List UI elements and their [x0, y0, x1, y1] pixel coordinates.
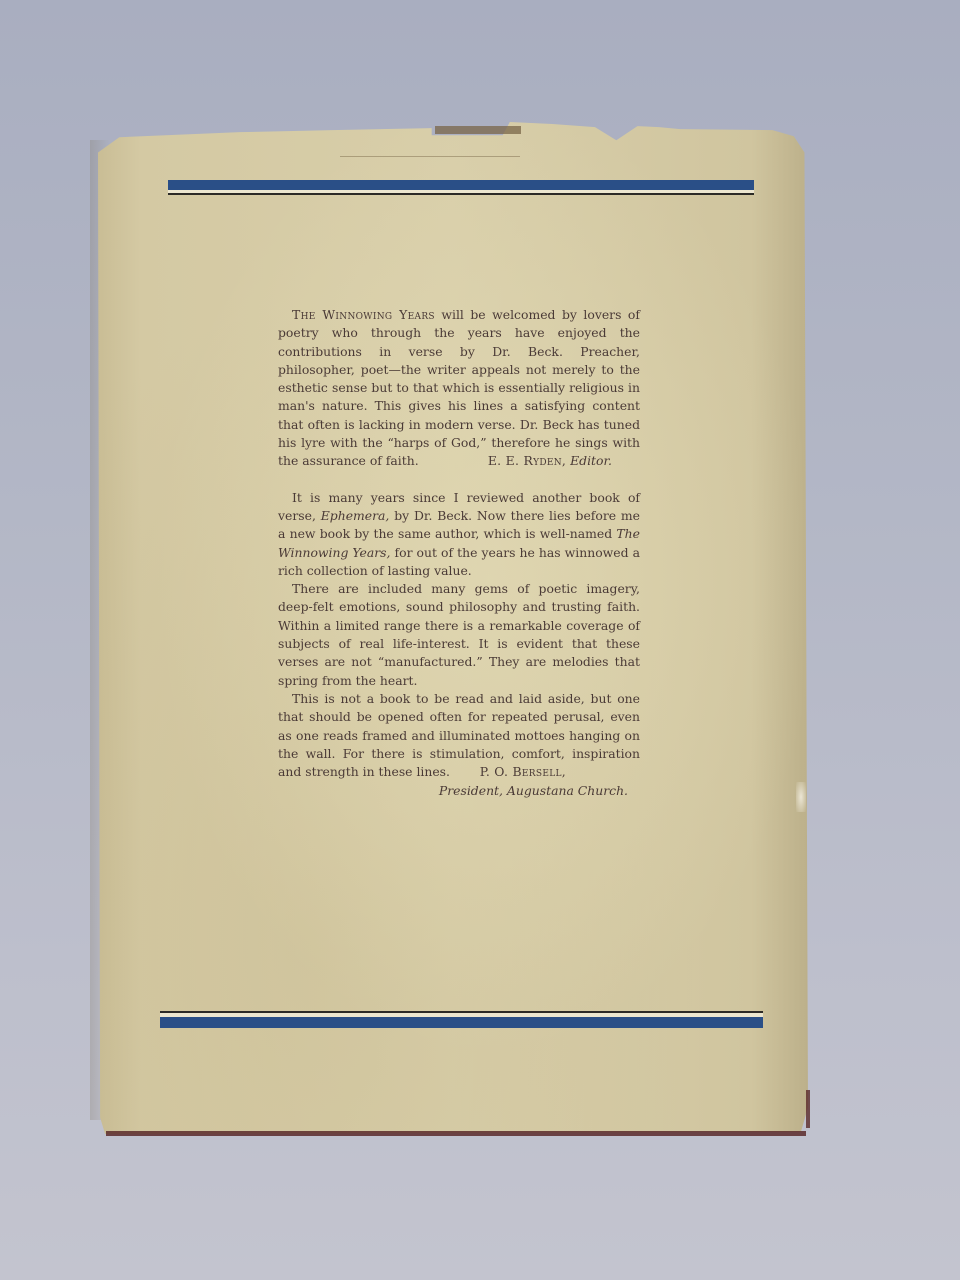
- spacer: [278, 471, 640, 489]
- jacket-blurb-text: The Winnowing Years will be welcomed by …: [278, 306, 640, 800]
- signature-bersell-title: President, Augustana Church.: [278, 782, 640, 800]
- book-title: The Winnowing Years: [292, 307, 435, 322]
- bottom-decorative-rule: [160, 1011, 763, 1028]
- blurb-ryden: The Winnowing Years will be welcomed by …: [278, 306, 640, 471]
- blue-rule: [168, 180, 754, 190]
- book-cover-edge: [106, 1131, 806, 1136]
- book-cover-corner: [806, 1090, 810, 1128]
- book-title-ephemera: Ephemera,: [321, 508, 390, 523]
- blurb-bersell-p1: It is many years since I reviewed anothe…: [278, 489, 640, 580]
- blue-rule: [160, 1017, 763, 1028]
- black-rule: [168, 193, 754, 195]
- signature-ryden-role: Editor.: [570, 453, 612, 468]
- blurb-ryden-body: will be welcomed by lovers of poetry who…: [278, 307, 640, 468]
- signature-ryden: E. E. Ryden, Editor.: [474, 452, 612, 470]
- top-decorative-rule: [168, 180, 754, 195]
- signature-ryden-name: E. E. Ryden,: [488, 453, 566, 468]
- blurb-bersell-p2: There are included many gems of poetic i…: [278, 580, 640, 690]
- torn-flap: [340, 132, 520, 157]
- worn-spot: [796, 782, 806, 812]
